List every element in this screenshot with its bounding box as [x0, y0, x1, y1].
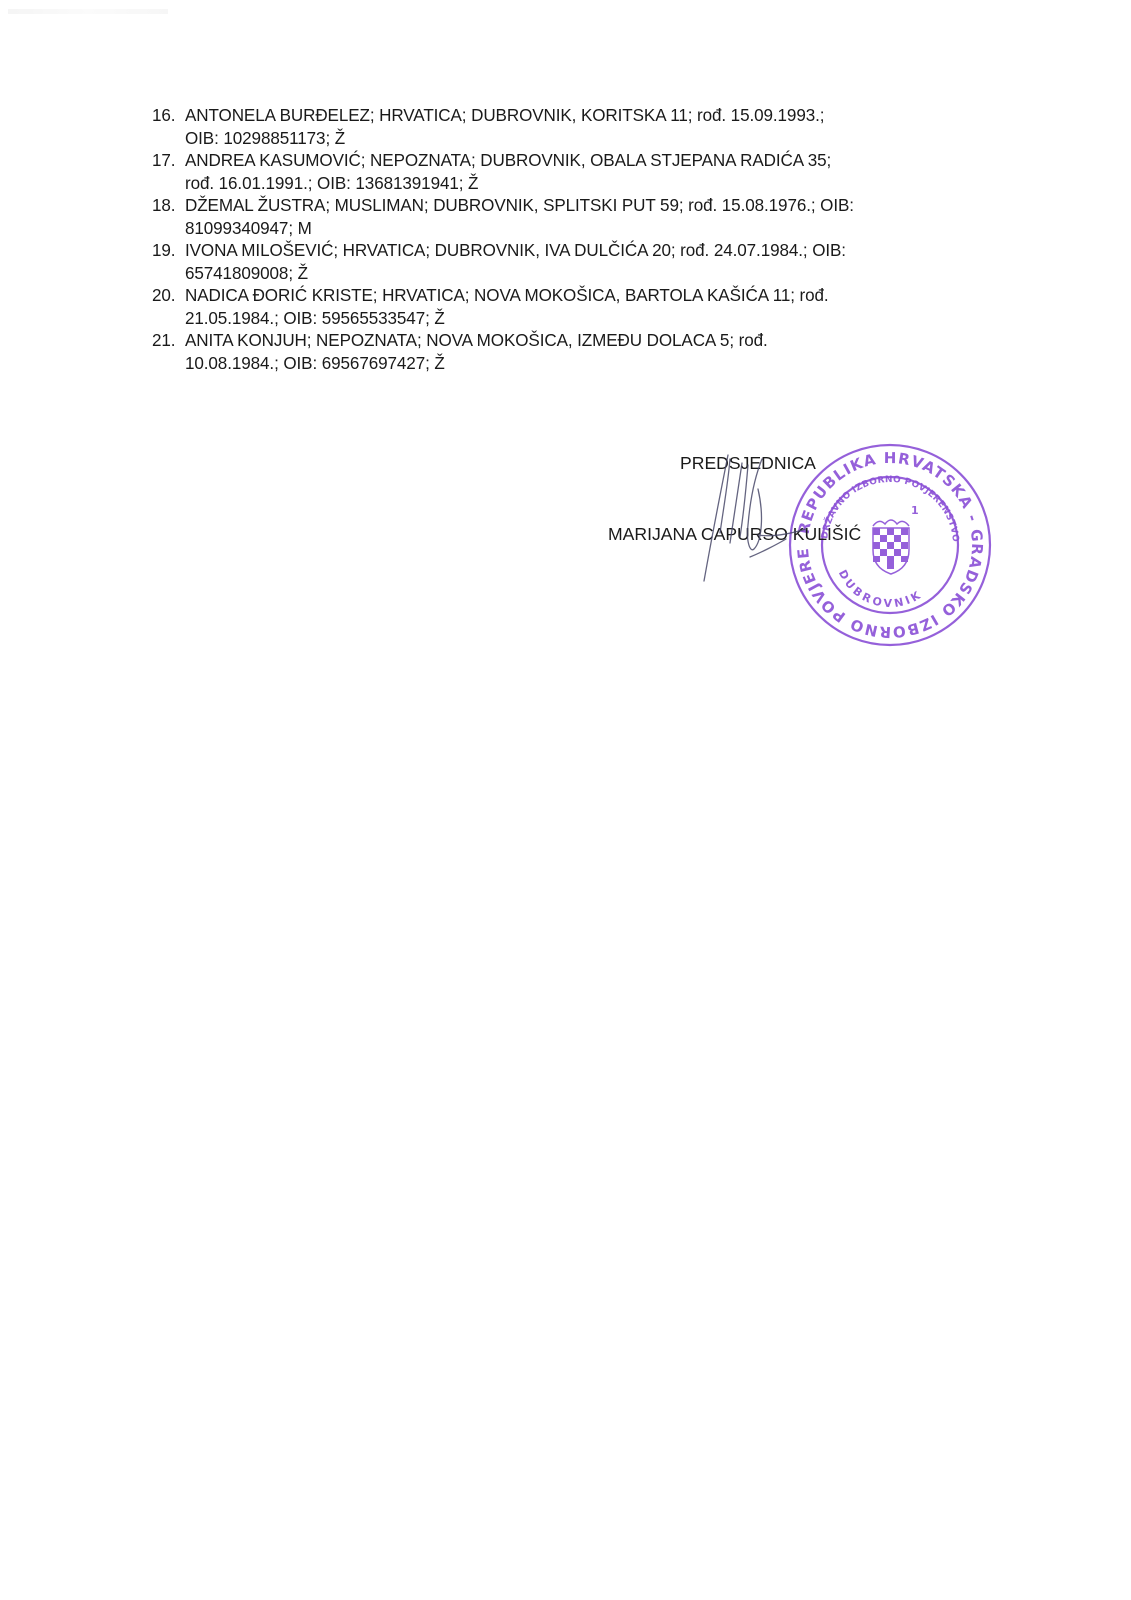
svg-text:1: 1: [911, 504, 919, 517]
signature-block: REPUBLIKA HRVATSKA - GRADSKO IZBORNO POV…: [0, 0, 1131, 700]
handwritten-signature-icon: [690, 445, 830, 595]
svg-text:DUBROVNIK: DUBROVNIK: [836, 568, 925, 610]
